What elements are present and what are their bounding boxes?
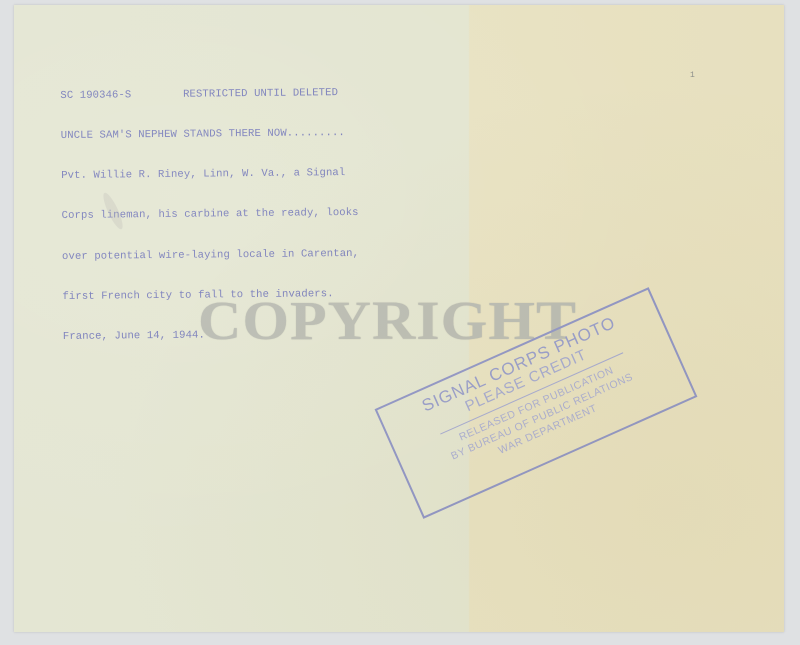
caption-line: Pvt. Willie R. Riney, Linn, W. Va., a Si…: [61, 167, 358, 184]
photo-id: SC 190346-S: [60, 89, 131, 102]
restriction-notice: RESTRICTED UNTIL DELETED: [183, 87, 338, 101]
page-mark: 1: [690, 71, 695, 80]
copyright-watermark: COPYRIGHT: [198, 293, 577, 348]
caption-line: over potential wire-laying locale in Car…: [62, 248, 359, 265]
caption-header-line: SC 190346-S RESTRICTED UNTIL DELETED: [60, 87, 357, 104]
caption-headline: UNCLE SAM'S NEPHEW STANDS THERE NOW.....…: [61, 127, 358, 144]
photo-back-paper: SC 190346-S RESTRICTED UNTIL DELETED UNC…: [14, 5, 784, 632]
